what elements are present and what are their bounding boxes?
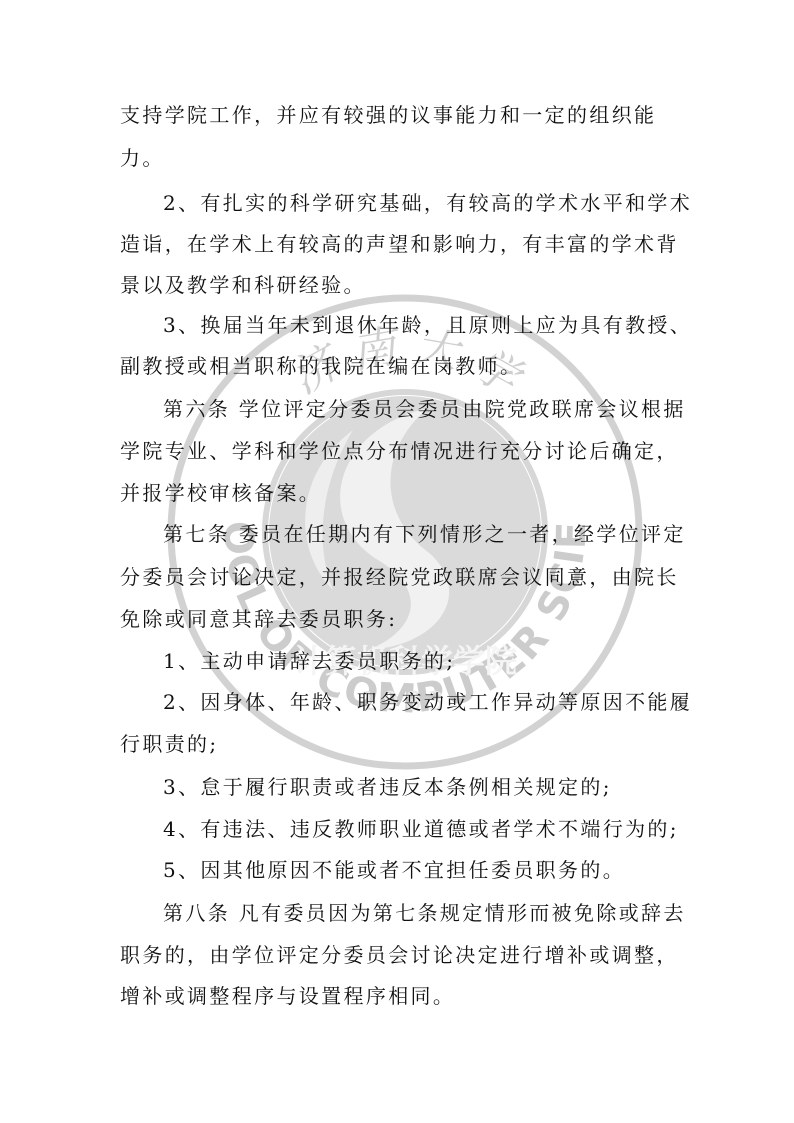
document-body: 支持学院工作，并应有较强的议事能力和一定的组织能力。2、有扎实的科学研究基础，有… xyxy=(0,0,794,1123)
paragraph-line: 行职责的; xyxy=(120,732,219,756)
paragraph-line: 支持学院工作，并应有较强的议事能力和一定的组织能 xyxy=(120,103,656,127)
paragraph-line: 免除或同意其辞去委员职务: xyxy=(120,607,397,631)
paragraph-line: 力。 xyxy=(120,146,165,170)
paragraph-line: 2、因身体、年龄、职务变动或工作异动等原因不能履 xyxy=(163,690,692,714)
paragraph-line: 第七条 委员在任期内有下列情形之一者，经学位评定 xyxy=(163,522,686,546)
paragraph-line: 1、主动申请辞去委员职务的; xyxy=(163,649,455,673)
paragraph-line: 职务的，由学位评定分委员会讨论决定进行增补或调整， xyxy=(120,943,679,967)
paragraph-line: 景以及教学和科研经验。 xyxy=(120,273,366,297)
paragraph-line: 2、有扎实的科学研究基础，有较高的学术水平和学术 xyxy=(163,191,692,215)
paragraph-line: 增补或调整程序与设置程序相同。 xyxy=(120,984,455,1008)
paragraph-line: 3、换届当年未到退休年龄，且原则上应为具有教授、 xyxy=(163,313,692,337)
document-page: 济 南 大 学 SCHOOL OF COMPUTER SCIENCE 计算机科学… xyxy=(0,0,794,1123)
paragraph-line: 3、怠于履行职责或者违反本条例相关规定的; xyxy=(163,775,612,799)
paragraph-line: 4、有违法、违反教师职业道德或者学术不端行为的; xyxy=(163,817,679,841)
paragraph-line: 造诣，在学术上有较高的声望和影响力，有丰富的学术背 xyxy=(120,232,679,256)
paragraph-line: 第八条 凡有委员因为第七条规定情形而被免除或辞去 xyxy=(163,901,686,925)
paragraph-line: 学院专业、学科和学位点分布情况进行充分讨论后确定， xyxy=(120,439,679,463)
paragraph-line: 分委员会讨论决定，并报经院党政联席会议同意，由院长 xyxy=(120,565,679,589)
paragraph-line: 副教授或相当职称的我院在编在岗教师。 xyxy=(120,354,522,378)
paragraph-line: 5、因其他原因不能或者不宜担任委员职务的。 xyxy=(163,858,625,882)
paragraph-line: 并报学校审核备案。 xyxy=(120,481,321,505)
paragraph-line: 第六条 学位评定分委员会委员由院党政联席会议根据 xyxy=(163,397,686,421)
